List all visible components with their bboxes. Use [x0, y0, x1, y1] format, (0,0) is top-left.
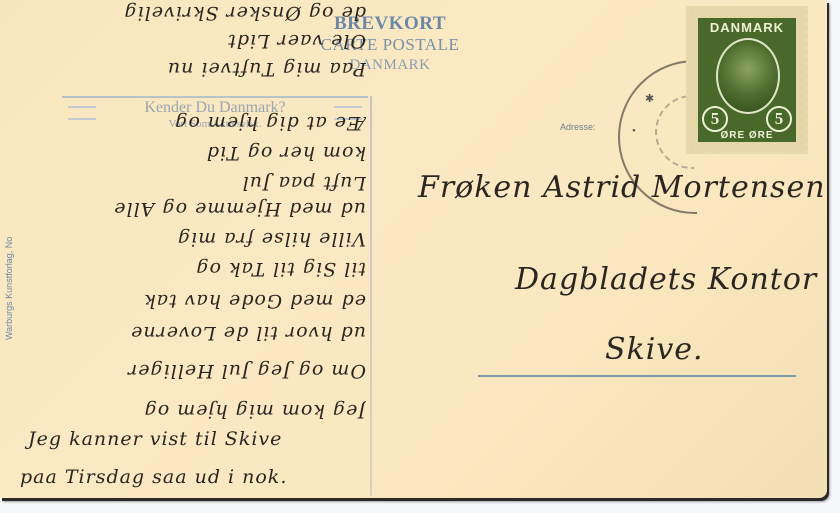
- postcard: BREVKORT CARTE POSTALE DANMARK Kender Du…: [0, 0, 827, 498]
- stamp-portrait-icon: [716, 38, 780, 114]
- message-line: de og Ønsker Skrivelig: [14, 2, 366, 24]
- closing-line: Jeg kanner vist til Skive: [28, 428, 282, 450]
- message-line: Paa mig Tuftvei nu: [14, 58, 366, 80]
- stamp-value-right: 5: [766, 106, 792, 132]
- message-line: Ole vaer Lidt: [14, 30, 366, 52]
- address-label: Adresse:: [560, 122, 596, 132]
- stamp-country: DANMARK: [698, 20, 796, 35]
- message-line: Luft paa Jul: [14, 172, 366, 194]
- center-divider: [370, 96, 372, 496]
- address-underline: [478, 375, 796, 377]
- message-line: til Sig til Tak og: [14, 258, 366, 280]
- closing-line: paa Tirsdag saa ud i nok.: [20, 466, 287, 488]
- stamp-face: DANMARK 5 5 ØRE ØRE: [698, 18, 796, 142]
- message-line: kom her og Tid: [14, 142, 366, 164]
- message-line: ed med Gode hav tak: [14, 290, 366, 312]
- handwritten-message: de og Ønsker Skrivelig Ole vaer Lidt Paa…: [14, 0, 366, 498]
- recipient-name: Frøken Astrid Mortensen: [418, 170, 826, 205]
- postage-stamp: DANMARK 5 5 ØRE ØRE: [686, 6, 808, 154]
- message-line: Ville hilse fra mig: [14, 228, 366, 250]
- message-line: ud med Hjemme og Alle: [14, 198, 366, 220]
- message-line: Jeg kom mig hjem og: [14, 400, 366, 422]
- postmark-star-icon: ✱: [645, 92, 654, 105]
- message-line: ud hvor til de Loverne: [14, 322, 366, 344]
- postmark-dot-icon: •: [632, 125, 636, 137]
- stamp-denomination: ØRE ØRE: [698, 130, 796, 141]
- stamp-value-left: 5: [702, 106, 728, 132]
- recipient-line2: Dagbladets Kontor: [515, 262, 817, 297]
- recipient-city: Skive.: [605, 332, 704, 367]
- message-line: Om og Jeg Jul Helliger: [14, 360, 366, 382]
- message-line: Æe at dig hjem og: [14, 112, 366, 134]
